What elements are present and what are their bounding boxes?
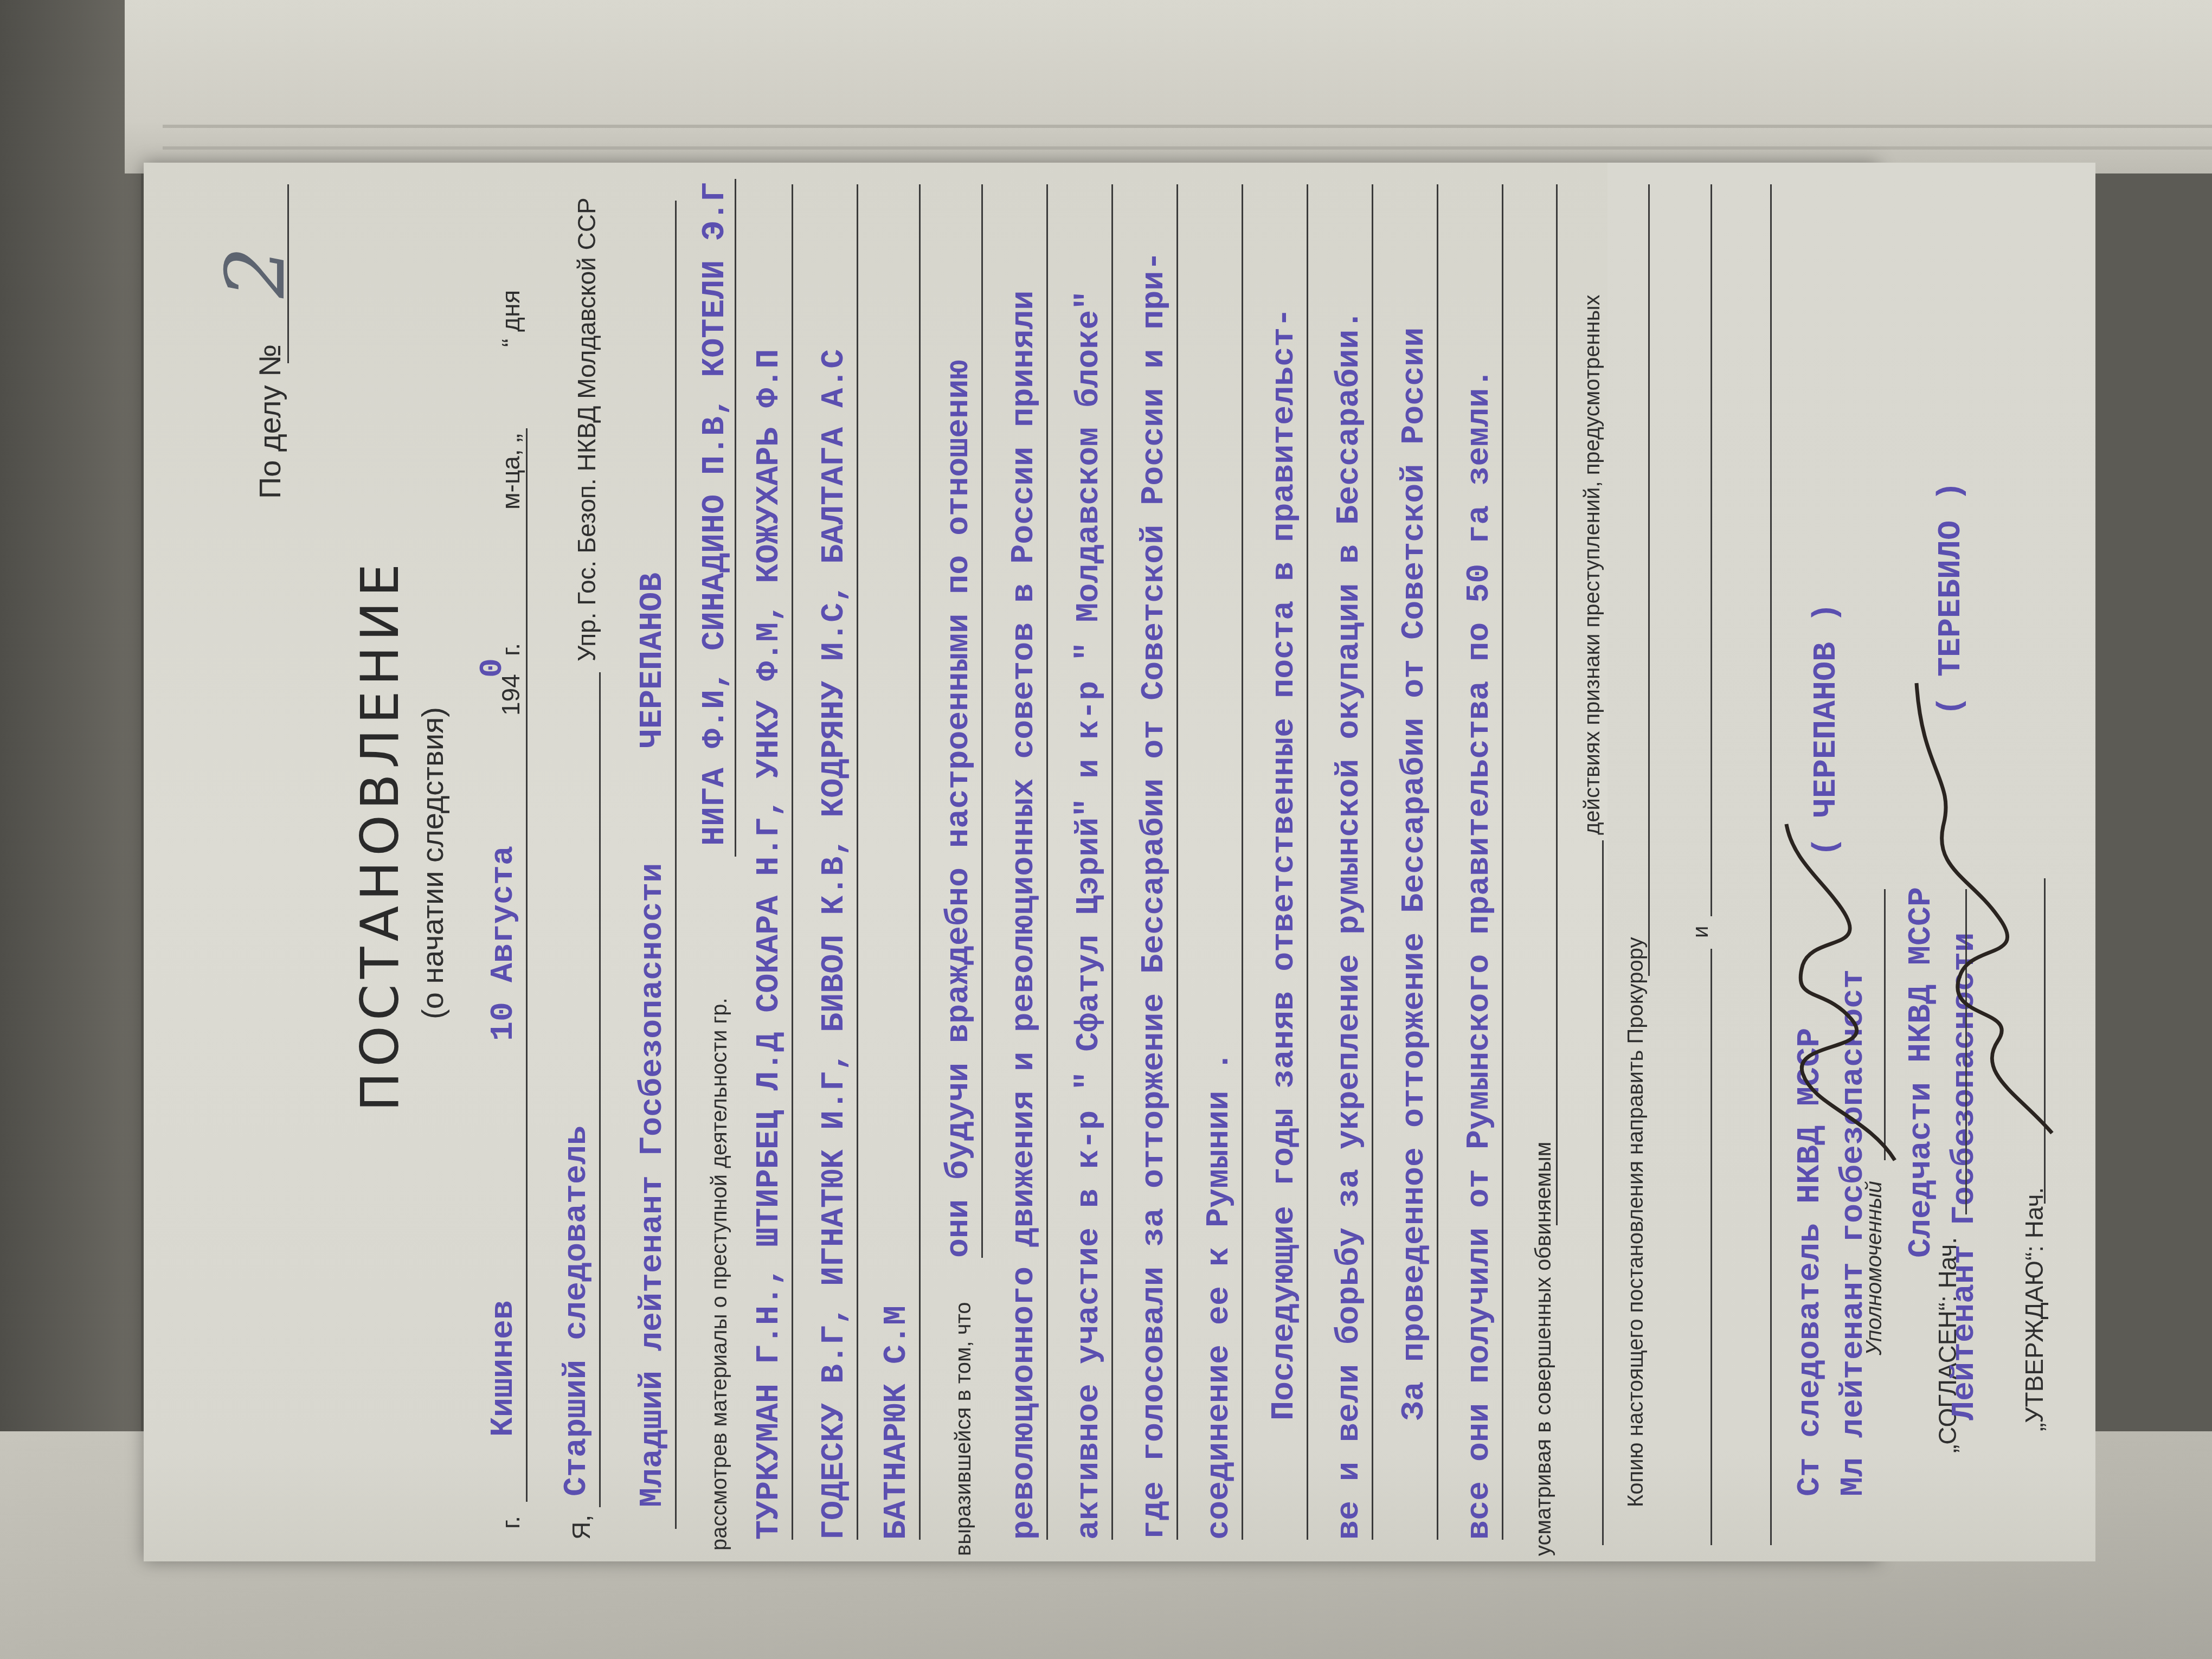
city-prefix: г. — [496, 1516, 525, 1529]
page-edge — [163, 146, 2212, 150]
seeing-label: усматривая в совершенных обвиняемым — [1532, 1142, 1556, 1556]
actions-label: действиях признаки преступлений, предусм… — [1580, 295, 1605, 835]
text-line — [1502, 184, 1503, 1540]
page-edge — [163, 125, 2212, 128]
page-title: ПОСТАНОВЛЕНИЕ — [350, 558, 410, 1111]
text-line — [981, 184, 983, 1258]
case-label: По делу № — [252, 344, 287, 499]
day-label: “ дня — [496, 290, 525, 347]
position-line — [599, 672, 601, 1507]
signer1-printed-role: Уполномоченный — [1862, 1181, 1887, 1355]
signature-icon — [1770, 802, 1911, 1182]
para1-line-4: где голосовали за отторжение Бессарабии … — [1136, 252, 1173, 1540]
city-date-line — [526, 428, 528, 1502]
blank-line — [1602, 840, 1604, 1545]
signature-icon — [1911, 661, 2074, 1149]
investigator-name: ЧЕРЕПАНОВ — [634, 573, 671, 748]
year-suffix: 0 — [474, 658, 511, 678]
accused-line — [792, 184, 793, 1540]
approved-label: „УТВЕРЖДАЮ“: Нач. — [2020, 1187, 2049, 1431]
para1-line-3: активное участие в к-р " Сфатул Цэрий" и… — [1071, 291, 1108, 1540]
para1-line-1: они будучи враждебно настроенными по отн… — [941, 360, 978, 1258]
para2-line-4: все они получили от Румынского правитель… — [1461, 369, 1498, 1540]
para2-line-2: ве и вели борьбу за укрепление румынской… — [1331, 310, 1368, 1540]
blank-line — [1711, 184, 1712, 916]
prosecutor-line — [1648, 184, 1650, 976]
para1-line-5: соединение ее к Румынии . — [1201, 1052, 1238, 1540]
year-prefix: 194 — [496, 674, 525, 716]
accused-row-3: БАТНАРЮК С.М — [878, 1306, 915, 1540]
document-page-lower-rotated: Копию настоящего постановления направить… — [1607, 163, 2095, 1561]
para2-line-1: Последующие годы заняв ответственные пос… — [1266, 308, 1303, 1420]
accused-line — [919, 184, 921, 1540]
text-line — [1307, 184, 1308, 1540]
page-subtitle: (о начатии следствия) — [415, 707, 450, 1019]
document-page-lower: Копию настоящего постановления направить… — [1607, 163, 2095, 1561]
text-line — [1176, 184, 1178, 1540]
rank-value: Младший лейтенант Госбезопасности — [634, 863, 671, 1507]
rank-line — [675, 201, 677, 1529]
reviewed-label: рассмотрев материалы о преступной деятел… — [708, 998, 732, 1551]
i-prefix: Я, — [567, 1515, 596, 1540]
text-line — [1111, 184, 1113, 1540]
department-label: Упр. Гос. Безоп. НКВД Молдавской ССР — [572, 197, 601, 661]
para1-line-2: революционного движения и революционных … — [1006, 291, 1043, 1540]
text-line — [1372, 184, 1373, 1540]
position-value: Старший следователь — [558, 1126, 595, 1496]
text-line — [1242, 184, 1243, 1540]
folder-background — [0, 0, 141, 1659]
accused-line — [735, 179, 736, 857]
blank-line — [1556, 184, 1558, 1225]
expressed-label: выразившейся в том, что — [951, 1302, 976, 1556]
date-value: 10 Августа — [485, 846, 522, 1041]
accused-line — [857, 184, 858, 1540]
year-g: г. — [496, 643, 525, 656]
copy-label: Копию настоящего постановления направить… — [1624, 937, 1648, 1507]
city-value: Кишинев — [485, 1300, 522, 1437]
accused-row-1: ТУРКУМАН Г.Н., ШТИРБЕЦ Л.Д СОКАРА Н.Г, У… — [751, 349, 788, 1540]
month-label: м-ца, „ — [496, 434, 525, 510]
accused-row-2: ГОДЕСКУ В.Г, ИГНАТЮК И.Г, БИВОЛ К.В, КОД… — [816, 349, 853, 1540]
blank-line — [1711, 949, 1712, 1545]
accused-first-row-extra: НИГА Ф.И, СИНАДИНО П.В, КОТЕЛИ Э.Г — [697, 182, 734, 846]
case-number-handwritten: 2 — [209, 247, 303, 298]
text-line — [1437, 184, 1438, 1540]
para2-line-3: За проведенное отторжение Бессарабии от … — [1396, 327, 1433, 1420]
text-line — [1046, 184, 1048, 1540]
folder-label: ТОМ — [0, 179, 5, 326]
and-label: и — [1689, 926, 1713, 938]
